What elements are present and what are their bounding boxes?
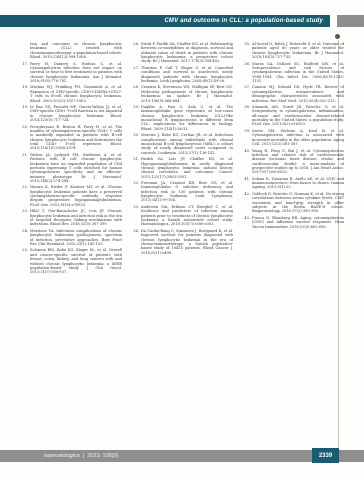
reference-item: 20.Pourgheysari B, Bruton R, Parry H, et… xyxy=(21,125,122,151)
reference-text: Cannon MJ, Schmid DS, Hyde TB. Review of… xyxy=(252,85,344,102)
reference-text: Strati P, Parikh SA, Chaffee KG, et al. … xyxy=(141,42,233,64)
reference-item: 39.Savva GM, Pachnio A, Kaul B, et al. C… xyxy=(243,129,344,146)
reference-item: 28.Crassini K, Stevenson WS, Mulligan SP… xyxy=(132,85,233,102)
running-title-bar: CMV and outcome in CLL: a population-bas… xyxy=(0,15,330,27)
reference-text: Walton JA, Lydyard PM, Nathwani A, et al… xyxy=(30,153,122,183)
reference-number: 23. xyxy=(21,209,30,226)
reference-text: Parry H, Damery S, Hudson C, et al. Cyto… xyxy=(30,62,122,84)
reference-item: 42.Goldeck D, Pawelec G, Norman K, et al… xyxy=(243,192,344,214)
reference-item: 21.Walton JA, Lydyard PM, Nathwani A, et… xyxy=(21,153,122,183)
reference-text: Staras SA, Dollard SC, Radford KW, et al… xyxy=(252,62,344,84)
reference-number: 28. xyxy=(132,85,141,102)
reference-text: Mackus WJ, Frakking FN, Grummels A, et a… xyxy=(30,85,122,102)
footer-separator: | xyxy=(83,453,84,459)
page-number-badge: 2339 xyxy=(312,448,339,463)
reference-text: Andersen MA, Eriksen CT, Brieghel C, et … xyxy=(141,205,233,227)
references-columns: tion and outcomes in chronic lymphocytic… xyxy=(21,42,345,358)
reference-number: 18. xyxy=(21,85,30,102)
reference-number: 26. xyxy=(132,42,141,64)
reference-item: 38.Simanek AM, Dowd JB, Pawelec G, et al… xyxy=(243,105,344,127)
reference-item: 37.Cannon MJ, Schmid DS, Hyde TB. Review… xyxy=(243,85,344,102)
reference-number: 25. xyxy=(21,248,30,274)
reference-number: 41. xyxy=(243,177,252,190)
reference-text: te Raa GD, Pascutti MF, Garcia-Vallejo J… xyxy=(30,105,122,122)
reference-item: 17.Parry H, Damery S, Hudson C, et al. C… xyxy=(21,62,122,84)
reference-item: 18.Mackus WJ, Frakking FN, Grummels A, e… xyxy=(21,85,122,102)
reference-text: Solomon BM, Rabe KG, Slager SL, et al. O… xyxy=(30,248,122,274)
reference-text: Thurmes P, Call T, Slager S, et al. Como… xyxy=(141,66,233,83)
journal-name: haematologica xyxy=(44,453,80,459)
header-corner-tab xyxy=(337,15,364,27)
reference-item: 33.Andersen MA, Eriksen CT, Brieghel C, … xyxy=(132,205,233,227)
reference-text: Da Cunha-Bang C, Simonsen J, Rostgaard K… xyxy=(141,229,233,255)
reference-item: 43.Frasca D, Blomberg BB. Aging, cytomeg… xyxy=(243,216,344,229)
reference-number: 40. xyxy=(243,149,252,175)
reference-number: 29. xyxy=(132,105,141,131)
footer-bar: haematologica | 2023; 108(9) xyxy=(0,450,364,462)
reference-text: Parikh SA, Leis JF, Chaffee KG, et al. H… xyxy=(141,157,233,179)
reference-number: 22. xyxy=(21,185,30,207)
issue-info: 2023; 108(9) xyxy=(87,453,118,459)
reference-number: 20. xyxy=(21,125,30,151)
reference-number: 27. xyxy=(132,66,141,83)
reference-item: 32.Freeman JA, Crassini KR, Best OG, et … xyxy=(132,181,233,203)
reference-text: Simanek AM, Dowd JB, Pawelec G, et al. S… xyxy=(252,105,344,127)
reference-text: Freeman JA, Crassini KR, Best OG, et al.… xyxy=(141,181,233,203)
reference-number: 21. xyxy=(21,153,30,183)
reference-text: Morrison VA. Infectious complications of… xyxy=(30,229,122,246)
reference-item: 25.Solomon BM, Rabe KG, Slager SL, et al… xyxy=(21,248,122,274)
reference-number: 36. xyxy=(243,62,252,84)
reference-item: 35.Al-Sawaf O, Bahlo J, Robrecht S, et a… xyxy=(243,42,344,59)
reference-text: tion and outcomes in chronic lymphocytic… xyxy=(30,42,122,59)
reference-item: 23.Hilal T, Gea-Banacloche JC, Leis JF. … xyxy=(21,209,122,226)
reference-item: 19.te Raa GD, Pascutti MF, Garcia-Vallej… xyxy=(21,105,122,122)
references-column-1: tion and outcomes in chronic lymphocytic… xyxy=(21,42,122,358)
reference-text: Wang H, Peng G, Bai J, et al. Cytomegalo… xyxy=(252,149,344,175)
reference-item: 41.Solana R, Tarazona R, Aiello AE, et a… xyxy=(243,177,344,190)
reference-text: Savva GM, Pachnio A, Kaul B, et al. Cyto… xyxy=(252,129,344,146)
reference-number: 35. xyxy=(243,42,252,59)
reference-text: Crassini K, Stevenson WS, Mulligan SP, B… xyxy=(141,85,233,102)
reference-text: Solana R, Tarazona R, Aiello AE, et al. … xyxy=(252,177,344,190)
reference-text: Pourgheysari B, Bruton R, Parry H, et al… xyxy=(30,125,122,151)
reference-number: 24. xyxy=(21,229,30,246)
reference-number: 42. xyxy=(243,192,252,214)
reference-item: 29.Dagklis A, Fazi C, Sala C, et al. The… xyxy=(132,105,233,131)
reference-number: 43. xyxy=(243,216,252,229)
reference-number: 32. xyxy=(132,181,141,203)
reference-item: tion and outcomes in chronic lymphocytic… xyxy=(21,42,122,59)
references-column-3: 35.Al-Sawaf O, Bahlo J, Robrecht S, et a… xyxy=(243,42,344,358)
reference-number: 34. xyxy=(132,229,141,255)
reference-text: Vanura K, Rieder F, Kastner MT, et al. C… xyxy=(30,185,122,207)
reference-item: 31.Parikh SA, Leis JF, Chaffee KG, et al… xyxy=(132,157,233,179)
reference-number: 39. xyxy=(243,129,252,146)
running-title-text: CMV and outcome in CLL: a population-bas… xyxy=(164,18,323,24)
reference-item: 26.Strati P, Parikh SA, Chaffee KG, et a… xyxy=(132,42,233,64)
reference-item: 40.Wang H, Peng G, Bai J, et al. Cytomeg… xyxy=(243,149,344,175)
reference-number: 33. xyxy=(132,205,141,227)
reference-number: 37. xyxy=(243,85,252,102)
reference-number: 19. xyxy=(21,105,30,122)
registration-dot xyxy=(335,34,340,39)
reference-number: 31. xyxy=(132,157,141,179)
reference-number: 30. xyxy=(132,133,141,155)
reference-text: Goldeck D, Pawelec G, Norman K, et al. N… xyxy=(252,192,344,214)
reference-item: 27.Thurmes P, Call T, Slager S, et al. C… xyxy=(132,66,233,83)
reference-item: 30.Moreira J, Rabe KG, Cerhan JR, et al.… xyxy=(132,133,233,155)
reference-text: Frasca D, Blomberg BB. Aging, cytomegalo… xyxy=(252,216,344,229)
reference-text: Dagklis A, Fazi C, Sala C, et al. The im… xyxy=(141,105,233,131)
reference-item: 24.Morrison VA. Infectious complications… xyxy=(21,229,122,246)
reference-item: 36.Staras SA, Dollard SC, Radford KW, et… xyxy=(243,62,344,84)
reference-number: 38. xyxy=(243,105,252,127)
paper-page: CMV and outcome in CLL: a population-bas… xyxy=(0,0,364,480)
reference-number: 17. xyxy=(21,62,30,84)
reference-text: Hilal T, Gea-Banacloche JC, Leis JF. Chr… xyxy=(30,209,122,226)
reference-item: 34.Da Cunha-Bang C, Simonsen J, Rostgaar… xyxy=(132,229,233,255)
reference-text: Moreira J, Rabe KG, Cerhan JR, et al. In… xyxy=(141,133,233,155)
references-column-2: 26.Strati P, Parikh SA, Chaffee KG, et a… xyxy=(132,42,233,358)
reference-text: Al-Sawaf O, Bahlo J, Robrecht S, et al. … xyxy=(252,42,344,59)
reference-item: 22.Vanura K, Rieder F, Kastner MT, et al… xyxy=(21,185,122,207)
